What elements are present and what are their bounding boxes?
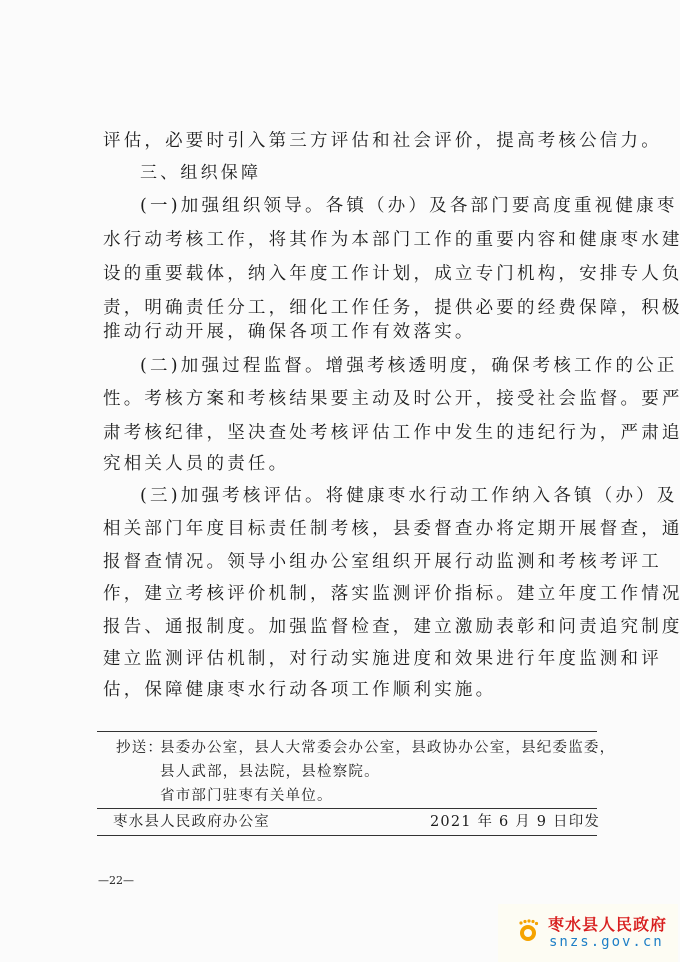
paragraph-line: 推动行动开展，确保各项工作有效落实。 [103,320,597,344]
paragraph-line: 性。考核方案和考核结果要主动及时公开，接受社会监督。要严 [103,387,597,411]
paragraph-line: (二)加强过程监督。增强考核透明度，确保考核工作的公正 [140,354,597,378]
paragraph-line: 水行动考核工作，将其作为本部门工作的重要内容和健康枣水建 [103,228,597,252]
issuer: 枣水县人民政府办公室 [113,812,270,832]
paragraph-line: 肃考核纪律，坚决查处考核评估工作中发生的违纪行为，严肃追 [103,421,597,445]
paragraph-line: 报督查情况。领导小组办公室组织开展行动监测和考核考评工 [103,550,597,574]
section-heading: 三、组织保障 [140,161,597,185]
cc-recipients-line3: 省市部门驻枣有关单位。 [160,786,333,806]
site-name: 枣水县人民政府 [548,912,667,935]
site-url: snzs.gov.cn [549,934,664,950]
paragraph-line: 作，建立考核评价机制，落实监测评价指标。建立年度工作情况 [103,582,597,606]
paragraph-line: 责，明确责任分工，细化工作任务，提供必要的经费保障，积极 [103,296,597,320]
page-number: —22— [98,874,134,887]
sun-logo-icon [516,918,540,942]
paragraph-line: 估，保障健康枣水行动各项工作顺利实施。 [103,678,597,702]
divider [97,731,597,732]
paragraph-line: 评估，必要时引入第三方评估和社会评价，提高考核公信力。 [103,129,597,153]
paragraph-line: 设的重要载体，纳入年度工作计划，成立专门机构，安排专人负 [103,262,597,286]
paragraph-line: 报告、通报制度。加强监督检查，建立激励表彰和问责追究制度。 [103,615,597,639]
cc-label: 抄送： [116,738,163,758]
site-watermark: 枣水县人民政府 snzs.gov.cn [498,904,678,962]
cc-recipients-line1: 县委办公室，县人大常委会办公室，县政协办公室，县纪委监委， [160,738,615,758]
paragraph-line: (三)加强考核评估。将健康枣水行动工作纳入各镇（办）及 [140,484,597,508]
issue-date: 2021 年 6 月 9 日印发 [430,812,600,832]
paragraph-line: (一)加强组织领导。各镇（办）及各部门要高度重视健康枣 [140,194,597,218]
paragraph-line: 究相关人员的责任。 [103,452,597,476]
cc-recipients-line2: 县人武部，县法院，县检察院。 [160,762,380,782]
divider [97,835,597,836]
paragraph-line: 相关部门年度目标责任制考核，县委督查办将定期开展督查，通 [103,517,597,541]
divider [97,808,597,809]
paragraph-line: 建立监测评估机制，对行动实施进度和效果进行年度监测和评 [103,647,597,671]
